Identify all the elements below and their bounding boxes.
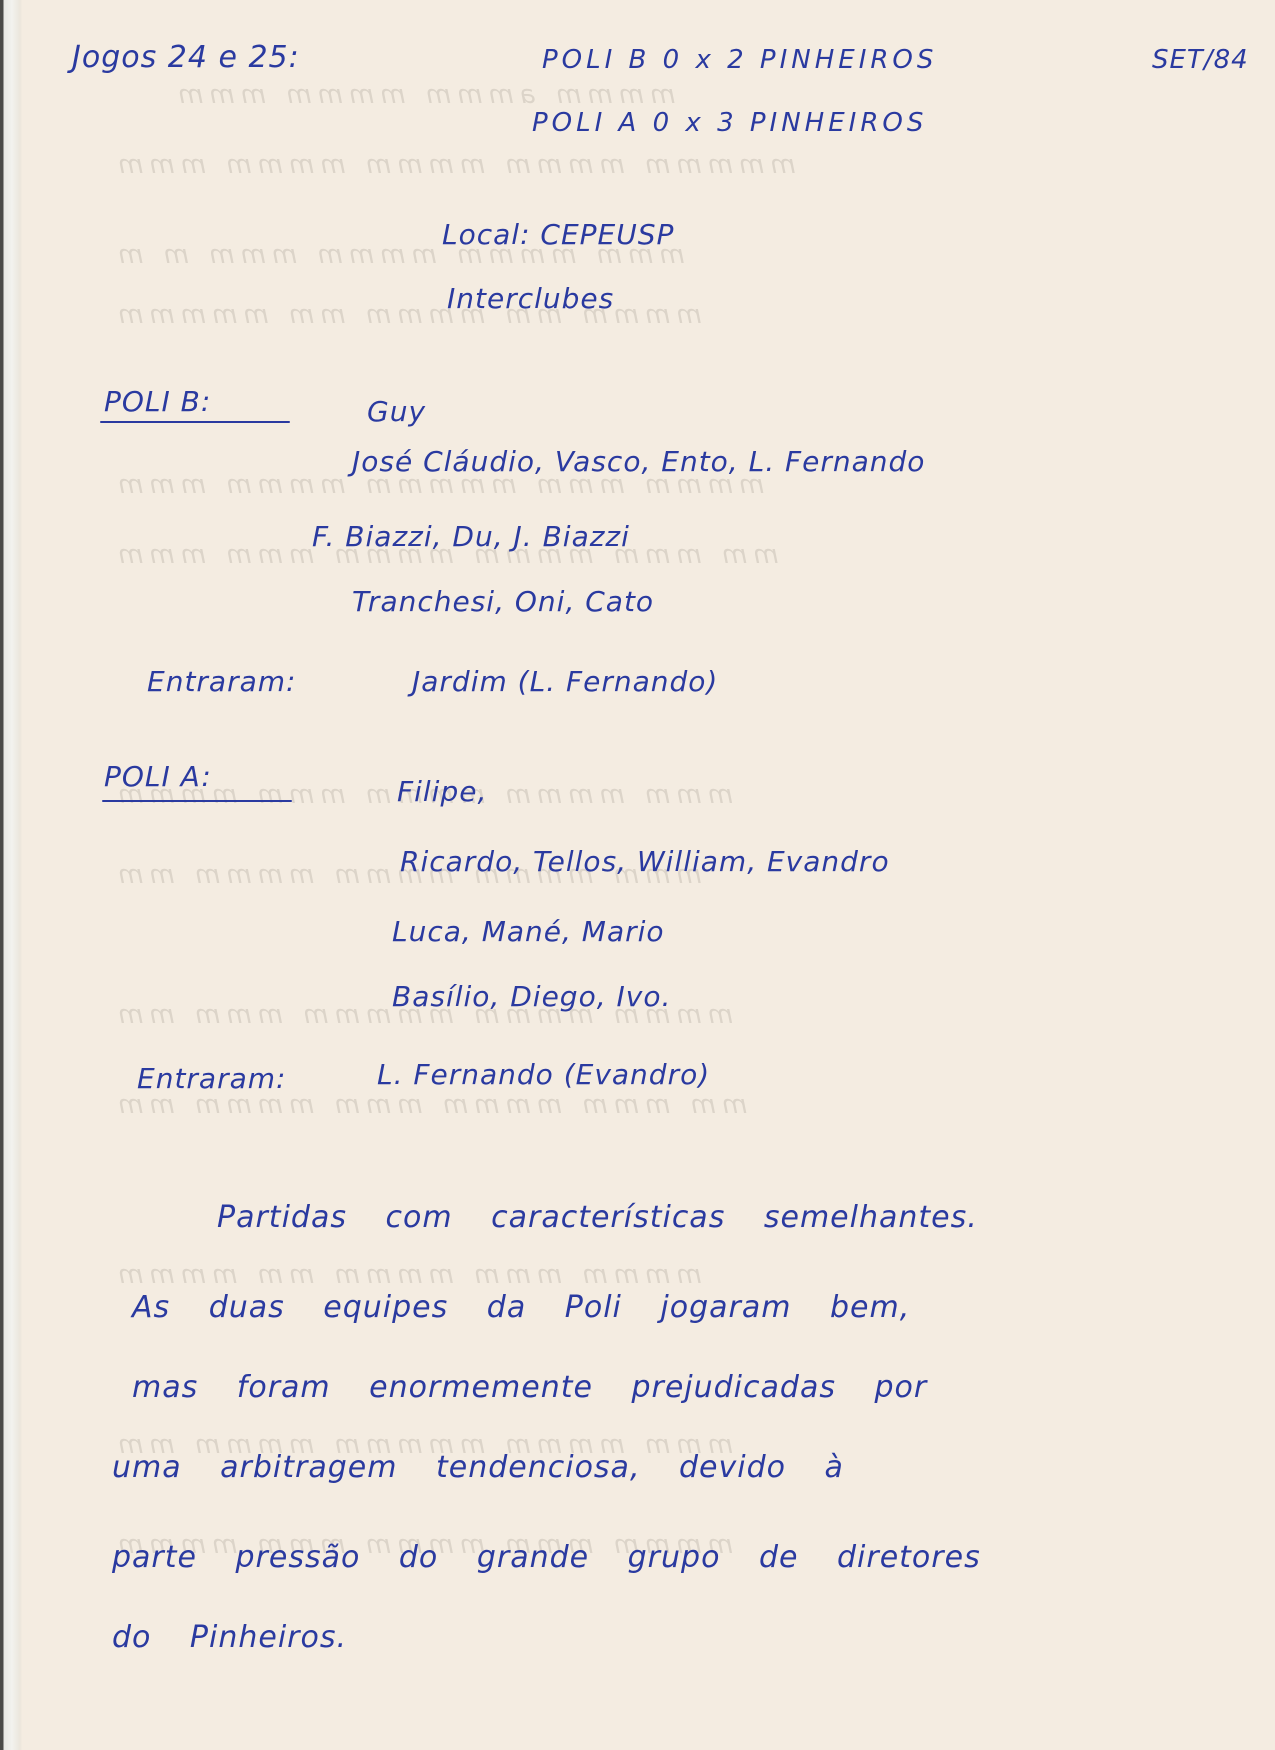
- team-label-poli-a: POLI A:: [104, 760, 212, 793]
- team-label-underline: [100, 421, 290, 423]
- bleed-through-text: mmmmm mmmm mmmm mmmm mmm: [112, 150, 796, 180]
- game-1-result: POLI B 0 x 2 PINHEIROS: [542, 45, 937, 75]
- subs-label: Entraram:: [147, 665, 296, 698]
- team-line: F. Biazzi, Du, J. Biazzi: [312, 520, 630, 553]
- subs-value: Jardim (L. Fernando): [412, 665, 718, 698]
- bleed-through-text: mmmm mmm mmmm mm mmmm: [112, 1260, 702, 1290]
- team-line: Guy: [367, 395, 426, 428]
- subs-value: L. Fernando (Evandro): [377, 1058, 710, 1091]
- game-2-result: POLI A 0 x 3 PINHEIROS: [532, 108, 927, 138]
- bleed-through-text: mmmm ammm mmmm mmm: [172, 80, 675, 110]
- venue-local: Local: CEPEUSP: [442, 218, 674, 251]
- commentary-line: As duas equipes da Poli jogaram bem,: [132, 1290, 910, 1325]
- venue-competition: Interclubes: [447, 282, 614, 315]
- commentary-line: do Pinheiros.: [112, 1620, 347, 1655]
- team-line: Luca, Mané, Mario: [392, 915, 665, 948]
- team-line: Ricardo, Tellos, William, Evandro: [400, 845, 890, 878]
- handwritten-page: mmmm ammm mmmm mmm mmmmm mmmm mmmm mmmm …: [22, 0, 1275, 1750]
- team-line: José Cláudio, Vasco, Ento, L. Fernando: [352, 445, 925, 478]
- team-label-underline: [102, 800, 292, 802]
- team-line: Tranchesi, Oni, Cato: [352, 585, 654, 618]
- document-date: SET/84: [1152, 45, 1249, 75]
- commentary-line: uma arbitragem tendenciosa, devido à: [112, 1450, 844, 1485]
- scan-left-edge: [0, 0, 22, 1750]
- commentary-line: mas foram enormemente prejudicadas por: [132, 1370, 927, 1405]
- team-line: Basílio, Diego, Ivo.: [392, 980, 671, 1013]
- subs-label: Entraram:: [137, 1062, 286, 1095]
- commentary-line: Partidas com características semelhantes…: [217, 1200, 978, 1235]
- team-label-poli-b: POLI B:: [104, 385, 211, 418]
- document-title: Jogos 24 e 25:: [72, 40, 300, 75]
- commentary-line: parte pressão do grande grupo de diretor…: [112, 1540, 981, 1575]
- team-line: Filipe,: [397, 775, 487, 808]
